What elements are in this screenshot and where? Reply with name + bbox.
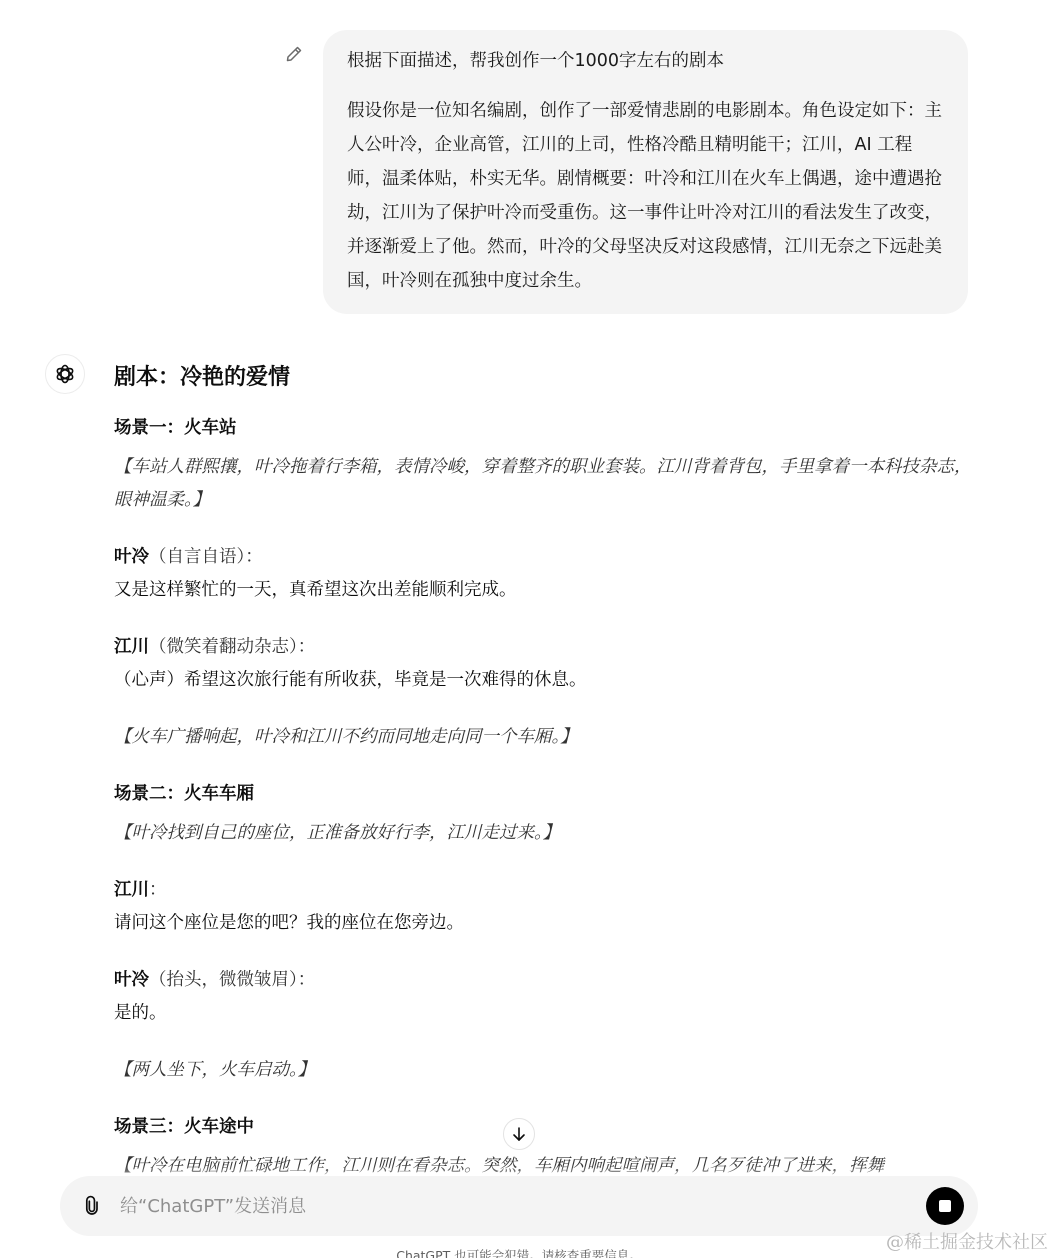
dialogue-text: （心声）希望这次旅行能有所收获，毕竟是一次难得的休息。 — [114, 664, 974, 697]
chat-page: 根据下面描述，帮我创作一个1000字左右的剧本 假设你是一位知名编剧，创作了一部… — [0, 0, 1056, 1258]
speaker-direction: （微笑着翻动杂志）： — [149, 637, 315, 657]
speaker-direction: （自言自语）： — [149, 547, 263, 567]
speaker-line: 江川（微笑着翻动杂志）： — [114, 631, 974, 664]
message-composer — [60, 1176, 978, 1236]
speaker-name: 江川 — [114, 637, 149, 657]
speaker-direction: （抬头，微微皱眉）： — [149, 970, 315, 990]
assistant-message: 剧本：冷艳的爱情 场景一：火车站 【车站人群熙攘，叶冷拖着行李箱，表情冷峻，穿着… — [114, 360, 974, 1207]
arrow-down-icon — [511, 1126, 527, 1142]
scene-heading: 场景一：火车站 — [114, 412, 974, 445]
pencil-icon[interactable] — [284, 44, 304, 64]
dialogue-text: 又是这样繁忙的一天，真希望这次出差能顺利完成。 — [114, 574, 974, 607]
speaker-name: 叶冷 — [114, 547, 149, 567]
scroll-to-bottom-button[interactable] — [503, 1118, 535, 1150]
dialogue-text: 请问这个座位是您的吧？我的座位在您旁边。 — [114, 907, 974, 940]
user-message-line: 根据下面描述，帮我创作一个1000字左右的剧本 — [347, 44, 944, 78]
user-message-bubble: 根据下面描述，帮我创作一个1000字左右的剧本 假设你是一位知名编剧，创作了一部… — [323, 30, 968, 314]
speaker-name: 江川 — [114, 880, 149, 900]
speaker-line: 江川： — [114, 874, 974, 907]
stop-icon — [939, 1200, 951, 1212]
scene-heading: 场景二：火车车厢 — [114, 778, 974, 811]
speaker-direction: ： — [149, 880, 167, 900]
watermark: @稀土掘金技术社区 — [886, 1228, 1048, 1254]
stage-direction: 【两人坐下，火车启动。】 — [114, 1054, 974, 1087]
stage-direction: 【车站人群熙攘，叶冷拖着行李箱，表情冷峻，穿着整齐的职业套装。江川背着背包，手里… — [114, 451, 974, 517]
speaker-line: 叶冷（抬头，微微皱眉）： — [114, 964, 974, 997]
stop-generating-button[interactable] — [926, 1187, 964, 1225]
speaker-name: 叶冷 — [114, 970, 149, 990]
scene-heading: 场景三：火车途中 — [114, 1111, 974, 1144]
user-message-row: 根据下面描述，帮我创作一个1000字左右的剧本 假设你是一位知名编剧，创作了一部… — [280, 30, 970, 314]
script-title: 剧本：冷艳的爱情 — [114, 360, 974, 396]
openai-logo-icon — [45, 354, 85, 394]
speaker-line: 叶冷（自言自语）： — [114, 541, 974, 574]
stage-direction: 【火车广播响起，叶冷和江川不约而同地走向同一个车厢。】 — [114, 721, 974, 754]
paperclip-icon[interactable] — [80, 1194, 104, 1218]
dialogue-text: 是的。 — [114, 997, 974, 1030]
disclaimer-text: ChatGPT 也可能会犯错。请核查重要信息。 — [0, 1246, 1038, 1258]
user-message-line: 假设你是一位知名编剧，创作了一部爱情悲剧的电影剧本。角色设定如下：主人公叶冷，企… — [347, 94, 944, 298]
stage-direction: 【叶冷找到自己的座位，正准备放好行李，江川走过来。】 — [114, 817, 974, 850]
message-input[interactable] — [120, 1196, 926, 1217]
